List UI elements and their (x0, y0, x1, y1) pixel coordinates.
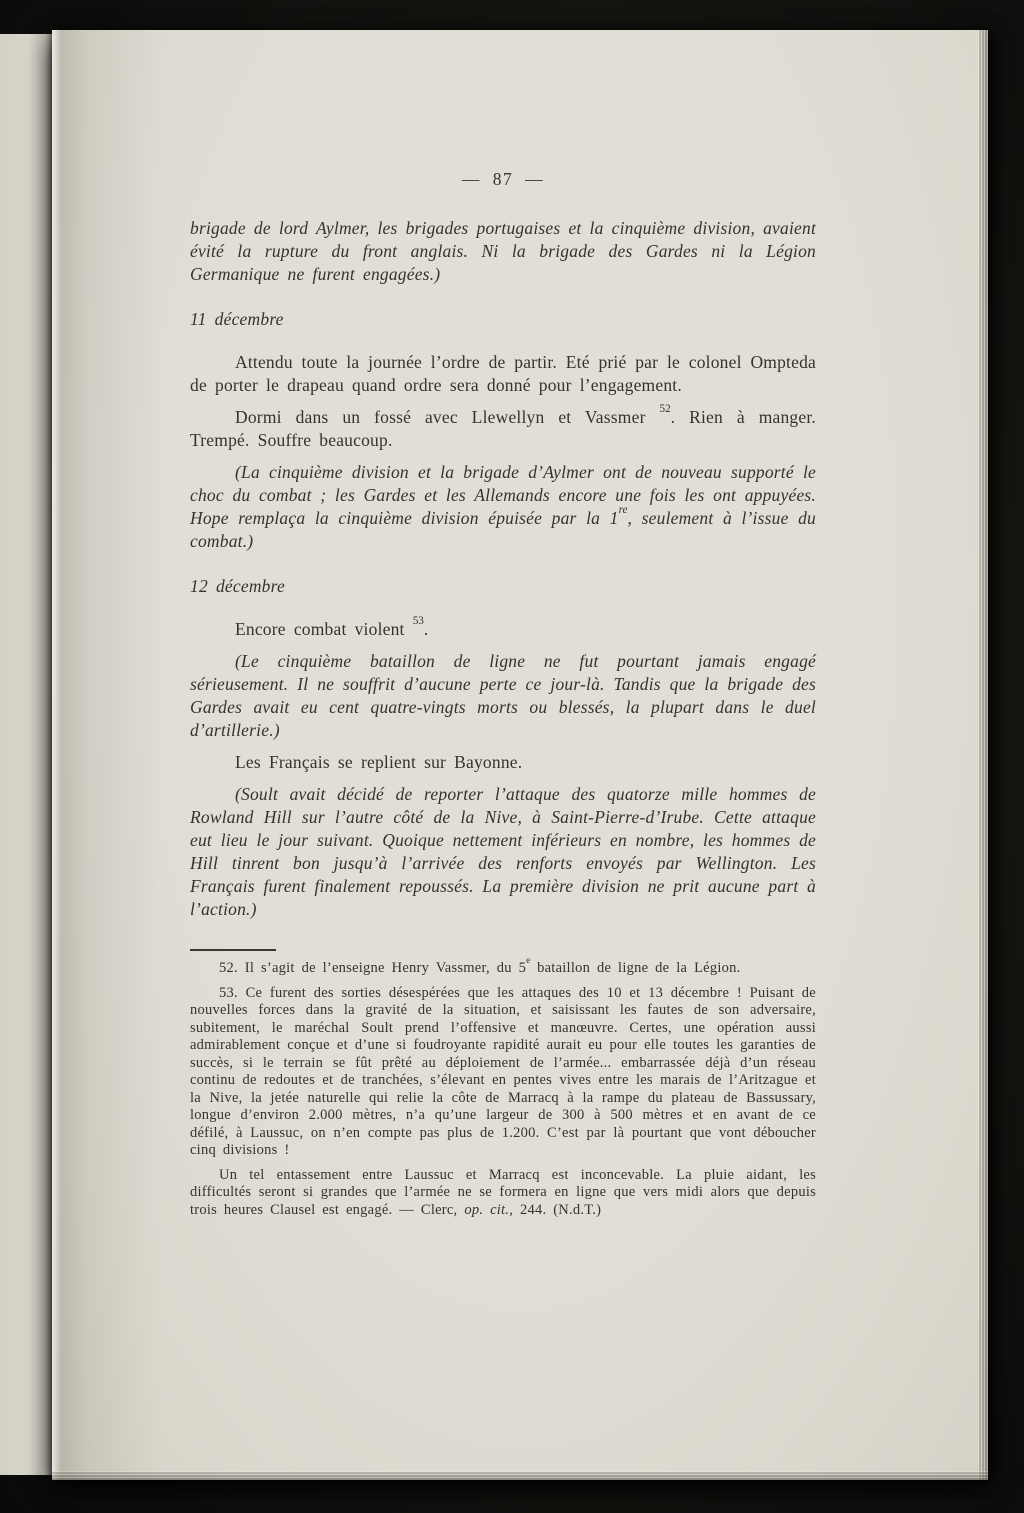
text-run: Attendu toute la journée l’ordre de part… (190, 352, 816, 395)
text-run: Dormi dans un fossé avec Llewellyn et Va… (235, 407, 659, 427)
footnote-reference: e (526, 956, 530, 966)
footnotes-section: 52. Il s’agit de l’enseigne Henry Vassme… (190, 949, 816, 1219)
footnote-reference: re (619, 504, 628, 516)
page-stack-right-edge (978, 30, 988, 1480)
text-run: . (424, 619, 429, 639)
scan-background: — 87 — brigade de lord Aylmer, les briga… (0, 0, 1024, 1513)
text-run: brigade de lord Aylmer, les brigades por… (190, 218, 816, 284)
paragraph-continuation: brigade de lord Aylmer, les brigades por… (190, 217, 816, 286)
text-run: 11 décembre (190, 309, 284, 329)
page-number: — 87 — (190, 168, 816, 191)
book-page: — 87 — brigade de lord Aylmer, les briga… (52, 30, 988, 1480)
text-run: op. cit. (464, 1202, 509, 1218)
footnote-reference: 53 (413, 615, 424, 627)
section-heading-12-decembre: 12 décembre (190, 575, 816, 598)
footnote-52: 52. Il s’agit de l’enseigne Henry Vassme… (190, 960, 816, 978)
paragraph: Attendu toute la journée l’ordre de part… (190, 351, 816, 397)
text-run: 52. Il s’agit de l’enseigne Henry Vassme… (219, 960, 526, 976)
footnote-reference: 52 (659, 403, 670, 415)
footnote-53: 53. Ce furent des sorties désespérées qu… (190, 985, 816, 1160)
paragraph-commentary: (Le cinquième bataillon de ligne ne fut … (190, 650, 816, 742)
text-run: (Soult avait décidé de reporter l’attaqu… (190, 784, 816, 919)
text-run: 12 décembre (190, 576, 285, 596)
footnotes-body: 52. Il s’agit de l’enseigne Henry Vassme… (190, 960, 816, 1219)
footnote-53-continued: Un tel entassement entre Laussuc et Marr… (190, 1167, 816, 1220)
footnote-divider (190, 949, 276, 951)
diary-body: brigade de lord Aylmer, les brigades por… (190, 217, 816, 921)
text-run: (Le cinquième bataillon de ligne ne fut … (190, 651, 816, 740)
text-run: Encore combat violent (235, 619, 413, 639)
text-run: 53. Ce furent des sorties désespérées qu… (190, 985, 816, 1159)
paragraph: Dormi dans un fossé avec Llewellyn et Va… (190, 406, 816, 452)
section-heading-11-decembre: 11 décembre (190, 308, 816, 331)
paragraph: Encore combat violent 53. (190, 618, 816, 641)
text-run: bataillon de ligne de la Légion. (530, 960, 740, 976)
page-stack-bottom-edge (52, 1471, 988, 1480)
text-run: , 244. (N.d.T.) (509, 1202, 601, 1218)
gutter-shadow (52, 30, 162, 1480)
paragraph: Les Français se replient sur Bayonne. (190, 751, 816, 774)
text-run: Les Français se replient sur Bayonne. (235, 752, 522, 772)
paragraph-commentary: (La cinquième division et la brigade d’A… (190, 461, 816, 553)
paragraph-commentary: (Soult avait décidé de reporter l’attaqu… (190, 783, 816, 921)
previous-page-edge (0, 34, 52, 1475)
text-block: — 87 — brigade de lord Aylmer, les briga… (190, 168, 816, 1226)
